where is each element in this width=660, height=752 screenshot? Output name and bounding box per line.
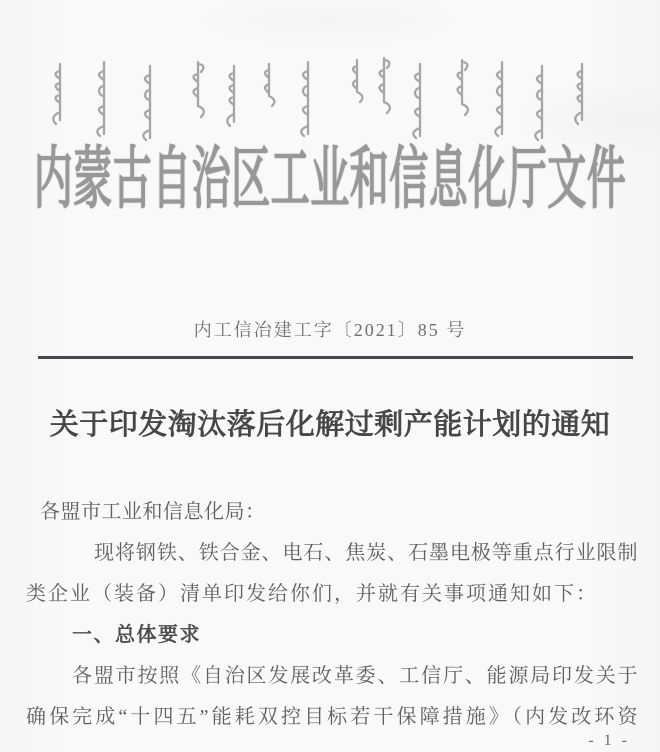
scanned-document-page: 内蒙古自治区工业和信息化厅文件 内工信冶建工字〔2021〕85 号 关于印发淘汰… — [0, 0, 660, 752]
mongolian-script-row — [50, 56, 610, 142]
notice-title: 关于印发淘汰落后化解过剩产能计划的通知 — [0, 402, 660, 443]
document-reference-number: 内工信冶建工字〔2021〕85 号 — [0, 316, 660, 342]
salutation-line: 各盟市工业和信息化局： — [26, 492, 638, 533]
mongolian-script-glyphs — [50, 56, 610, 142]
agency-letterhead-title: 内蒙古自治区工业和信息化厅文件 — [0, 146, 660, 214]
section-heading: 一、总体要求 — [26, 615, 638, 656]
body-line: 各盟市按照《自治区发展改革委、工信厅、能源局印发关于 — [26, 656, 638, 697]
letterhead-divider-rule — [38, 356, 633, 359]
body-line: 确保完成“十四五”能耗双控目标若干保障措施》（内发改环资 — [26, 697, 638, 738]
page-number: - 1 - — [588, 732, 630, 750]
body-line: 现将钢铁、铁合金、电石、焦炭、石墨电极等重点行业限制 — [26, 533, 638, 574]
document-body: 各盟市工业和信息化局： 现将钢铁、铁合金、电石、焦炭、石墨电极等重点行业限制 类… — [26, 492, 638, 738]
body-line: 类企业（装备）清单印发给你们，并就有关事项通知如下： — [26, 574, 638, 615]
